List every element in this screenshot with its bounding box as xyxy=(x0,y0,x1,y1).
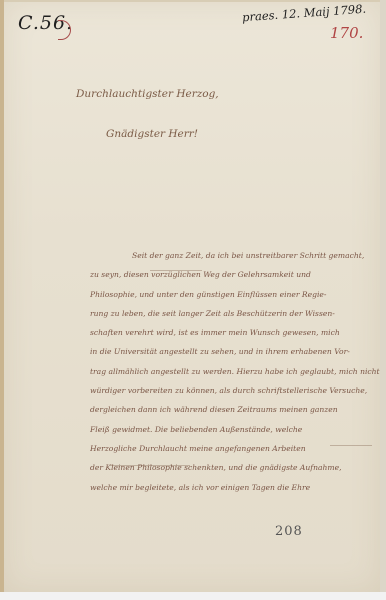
underline-mark xyxy=(110,465,190,466)
salutation-line-2: Gnädigster Herr! xyxy=(106,128,198,140)
body-line: trag allmählich angestellt zu werden. Hi… xyxy=(90,362,380,381)
body-line: schaften verehrt wird, ist es immer mein… xyxy=(90,323,380,342)
underline-mark xyxy=(150,270,202,271)
body-line: Philosophie, und unter den günstigen Ein… xyxy=(90,285,380,304)
bottom-margin-strip xyxy=(0,592,386,600)
body-line: der Kleinen Philosophie schenkten, und d… xyxy=(90,458,380,477)
body-line: Seit der ganz Zeit, da ich bei unstreitb… xyxy=(90,246,380,265)
letter-body: Seit der ganz Zeit, da ich bei unstreitb… xyxy=(90,246,380,497)
body-line: in die Universität angestellt zu sehen, … xyxy=(90,342,380,361)
body-line: Herzogliche Durchlaucht meine angefangen… xyxy=(90,439,380,458)
underline-mark xyxy=(330,445,372,446)
body-line: würdiger vorbereiten zu können, als durc… xyxy=(90,381,380,400)
body-line: zu seyn, diesen vorzüglichen Weg der Gel… xyxy=(90,265,380,284)
body-line: dergleichen dann ich während diesen Zeit… xyxy=(90,400,380,419)
body-line: Fleiß gewidmet. Die beliebenden Außenstä… xyxy=(90,420,380,439)
body-line: rung zu leben, die seit langer Zeit als … xyxy=(90,304,380,323)
body-line: welche mir begleitete, als ich vor einig… xyxy=(90,478,380,497)
folio-number: 170. xyxy=(330,24,363,42)
salutation-line-1: Durchlauchtigster Herzog, xyxy=(76,88,219,100)
right-page-edge xyxy=(380,0,386,600)
page-stamp-number: 208 xyxy=(275,524,303,539)
